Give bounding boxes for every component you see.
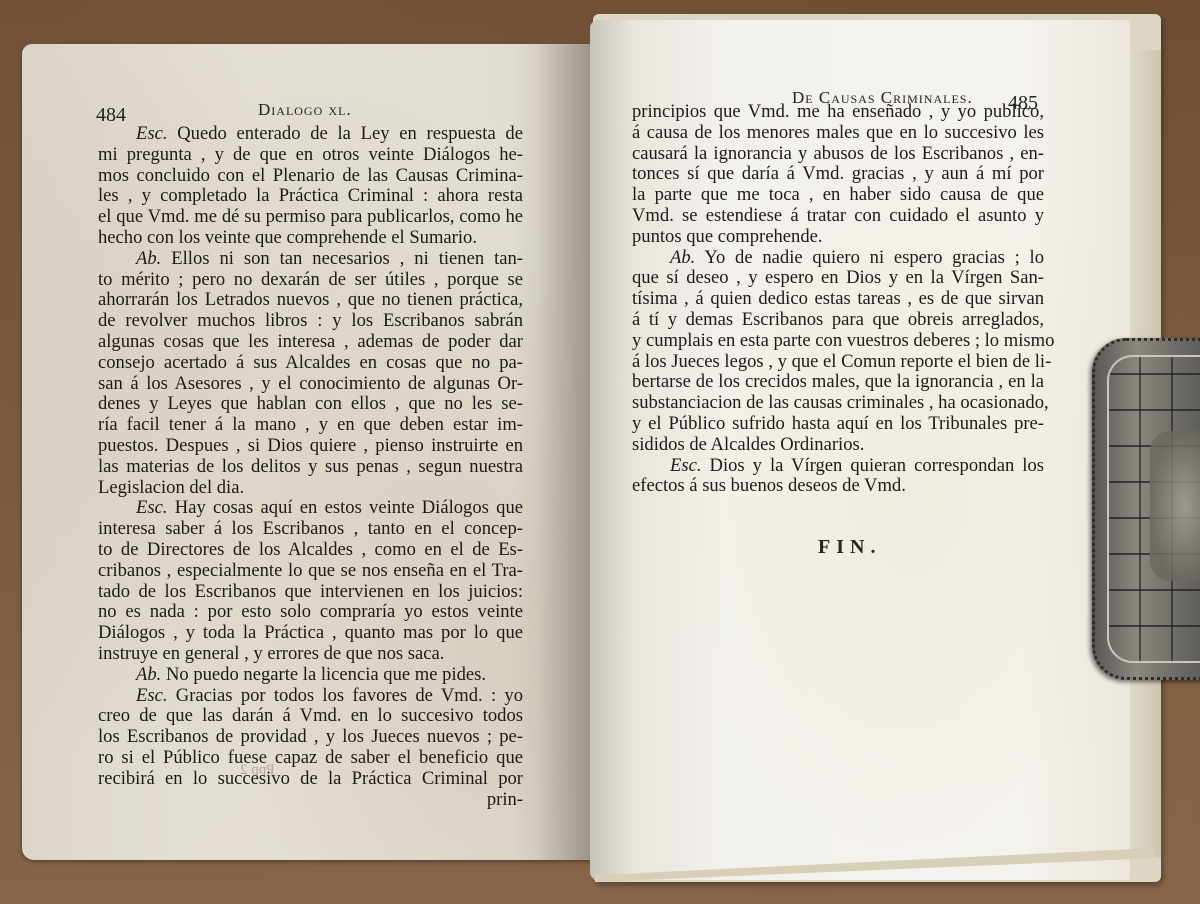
text-line: consejo acertado á sus Alcaldes en cosas… [98,353,523,374]
catchword: prin- [98,790,523,811]
line-text: consejo acertado á sus Alcaldes en cosas… [98,352,523,373]
text-line: sididos de Alcaldes Ordinarios. [632,435,1044,456]
line-text: sididos de Alcaldes Ordinarios. [632,434,864,455]
line-text: y el Público sufrido hasta aquí en los T… [632,413,1044,434]
text-line: Ab. No puedo negarte la licencia que me … [98,665,523,686]
text-line: Legislacion del dia. [98,478,523,499]
text-line: causará la ignorancia y abusos de los Es… [632,144,1044,165]
line-text: interesa saber á los Escribanos , tanto … [98,518,523,539]
line-text: san á los Asesores , y el conocimiento d… [98,373,523,394]
line-text: denes y Leyes que hablan con ellos , que… [98,393,523,414]
speaker-label: Esc. [136,123,168,144]
line-text: recibirá en lo succesivo de la Práctica … [98,768,523,789]
line-text: las materias de los delitos y sus penas … [98,456,523,477]
text-line: á tí y demas Escribanos para que obreis … [632,310,1044,331]
text-line: mos concluido con el Plenario de las Cau… [98,166,523,187]
speaker-label: Esc. [136,497,168,518]
text-line: tonces sí que daría á Vmd. gracias , y a… [632,164,1044,185]
text-line: instruye en general , y errores de que n… [98,644,523,665]
line-text: cribanos , especialmente lo que se nos e… [98,560,523,581]
text-line: mi pregunta , y de que en otros veinte D… [98,145,523,166]
speaker-label: Esc. [136,685,168,706]
line-text: Hay cosas aquí en estos veinte Diálogos … [168,497,524,518]
text-line: ahorrarán los Letrados nuevos , que no t… [98,290,523,311]
speaker-label: Ab. [670,247,695,268]
line-text: efectos á sus buenos deseos de Vmd. [632,475,906,496]
text-line: y cumplais en esta parte con vuestros de… [632,331,1044,352]
line-text: Yo de nadie quiero ni espero gracias ; l… [695,247,1044,268]
text-line: san á los Asesores , y el conocimiento d… [98,374,523,395]
text-line: los Escribanos de providad , y los Juece… [98,727,523,748]
line-text: Vmd. se estendiese á tratar con cuidado … [632,205,1044,226]
text-line: de revolver muchos libros : y los Escrib… [98,311,523,332]
text-line: recibirá en lo succesivo de la Práctica … [98,769,523,790]
text-line: ro si el Público fuese capaz de saber el… [98,748,523,769]
line-text: ahorrarán los Letrados nuevos , que no t… [98,289,523,310]
line-text: to de Directores de los Alcaldes , como … [98,539,523,560]
metal-clasp-icon [1092,338,1200,680]
text-line: ría facil tener á la mano , y en que deb… [98,415,523,436]
text-line: y el Público sufrido hasta aquí en los T… [632,414,1044,435]
line-text: no es nada : por esto solo compraría yo … [98,601,523,622]
line-text: to mérito ; pero no dexarán de ser útile… [98,269,523,290]
text-line: puestos. Despues , si Dios quiere , pien… [98,436,523,457]
gutter-shadow [537,44,597,860]
text-line: to de Directores de los Alcaldes , como … [98,540,523,561]
line-text: á los Jueces legos , y que el Comun repo… [632,351,1051,372]
text-line: tado de los Escribanos que intervienen e… [98,582,523,603]
text-line: á causa de los menores males que en lo s… [632,123,1044,144]
line-text: á tí y demas Escribanos para que obreis … [632,309,1044,330]
line-text: tonces sí que daría á Vmd. gracias , y a… [632,163,1044,184]
line-text: puestos. Despues , si Dios quiere , pien… [98,435,523,456]
line-text: á causa de los menores males que en lo s… [632,122,1044,143]
line-text: Gracias por todos los favores de Vmd. : … [168,685,524,706]
line-text: los Escribanos de providad , y los Juece… [98,726,523,747]
line-text: creo de que las darán á Vmd. en lo succe… [98,705,523,726]
right-page-body: principios que Vmd. me ha enseñado , y y… [632,102,1044,497]
text-line: substanciacion de las causas criminales … [632,393,1044,414]
text-line: principios que Vmd. me ha enseñado , y y… [632,102,1044,123]
bleed-through-signature: Ppp 2 [240,762,275,779]
line-text: instruye en general , y errores de que n… [98,643,444,664]
text-line: bertarse de los crecidos males, que la i… [632,372,1044,393]
line-text: Diálogos , y toda la Práctica , quanto m… [98,622,523,643]
text-line: Diálogos , y toda la Práctica , quanto m… [98,623,523,644]
text-line: Ab. Yo de nadie quiero ni espero gracias… [632,248,1044,269]
line-text: mos concluido con el Plenario de las Cau… [98,165,523,186]
text-line: to mérito ; pero no dexarán de ser útile… [98,270,523,291]
text-line: Vmd. se estendiese á tratar con cuidado … [632,206,1044,227]
line-text: ro si el Público fuese capaz de saber el… [98,747,523,768]
line-text: y cumplais en esta parte con vuestros de… [632,330,1054,351]
text-line: las materias de los delitos y sus penas … [98,457,523,478]
text-line: á los Jueces legos , y que el Comun repo… [632,352,1044,373]
line-text: Quedo enterado de la Ley en respuesta de [168,123,524,144]
line-text: No puedo negarte la licencia que me pide… [161,664,486,685]
left-page-body: Esc. Quedo enterado de la Ley en respues… [98,124,523,810]
line-text: ría facil tener á la mano , y en que deb… [98,414,523,435]
line-text: hecho con los veinte que comprehende el … [98,227,477,248]
line-text: mi pregunta , y de que en otros veinte D… [98,144,523,165]
text-line: interesa saber á los Escribanos , tanto … [98,519,523,540]
text-line: puntos que comprehende. [632,227,1044,248]
line-text: les , y completado la Práctica Criminal … [98,185,523,206]
end-mark: FIN. [818,536,881,559]
text-line: hecho con los veinte que comprehende el … [98,228,523,249]
line-text: bertarse de los crecidos males, que la i… [632,371,1044,392]
speaker-label: Esc. [670,455,702,476]
line-text: tado de los Escribanos que intervienen e… [98,581,523,602]
line-text: algunas cosas que les interesa , ademas … [98,331,523,352]
text-line: no es nada : por esto solo compraría yo … [98,602,523,623]
text-line: tísima , á quien dedico estas tareas , e… [632,289,1044,310]
text-line: la parte que me toca , en haber sido cau… [632,185,1044,206]
line-text: Dios y la Vírgen quieran correspondan lo… [702,455,1045,476]
left-running-head: Dialogo xl. [258,100,352,120]
line-text: la parte que me toca , en haber sido cau… [632,184,1044,205]
text-line: que sí deseo , y espero en Dios y en la … [632,268,1044,289]
text-line: creo de que las darán á Vmd. en lo succe… [98,706,523,727]
text-line: Esc. Quedo enterado de la Ley en respues… [98,124,523,145]
text-line: cribanos , especialmente lo que se nos e… [98,561,523,582]
clasp-emblem-icon [1150,431,1200,581]
line-text: principios que Vmd. me ha enseñado , y y… [632,101,1044,122]
line-text: tísima , á quien dedico estas tareas , e… [632,288,1044,309]
speaker-label: Ab. [136,248,161,269]
text-line: el que Vmd. me dé su permiso para public… [98,207,523,228]
line-text: de revolver muchos libros : y los Escrib… [98,310,523,331]
text-line: algunas cosas que les interesa , ademas … [98,332,523,353]
speaker-label: Ab. [136,664,161,685]
line-text: que sí deseo , y espero en Dios y en la … [632,267,1044,288]
text-line: Esc. Hay cosas aquí en estos veinte Diál… [98,498,523,519]
text-line: Esc. Gracias por todos los favores de Vm… [98,686,523,707]
line-text: Ellos ni son tan necesarios , ni tienen … [161,248,523,269]
line-text: causará la ignorancia y abusos de los Es… [632,143,1044,164]
text-line: les , y completado la Práctica Criminal … [98,186,523,207]
text-line: Ab. Ellos ni son tan necesarios , ni tie… [98,249,523,270]
line-text: Legislacion del dia. [98,477,244,498]
line-text: substanciacion de las causas criminales … [632,392,1049,413]
text-line: efectos á sus buenos deseos de Vmd. [632,476,1044,497]
text-line: denes y Leyes que hablan con ellos , que… [98,394,523,415]
line-text: el que Vmd. me dé su permiso para public… [98,206,523,227]
line-text: puntos que comprehende. [632,226,823,247]
text-line: Esc. Dios y la Vírgen quieran correspond… [632,456,1044,477]
